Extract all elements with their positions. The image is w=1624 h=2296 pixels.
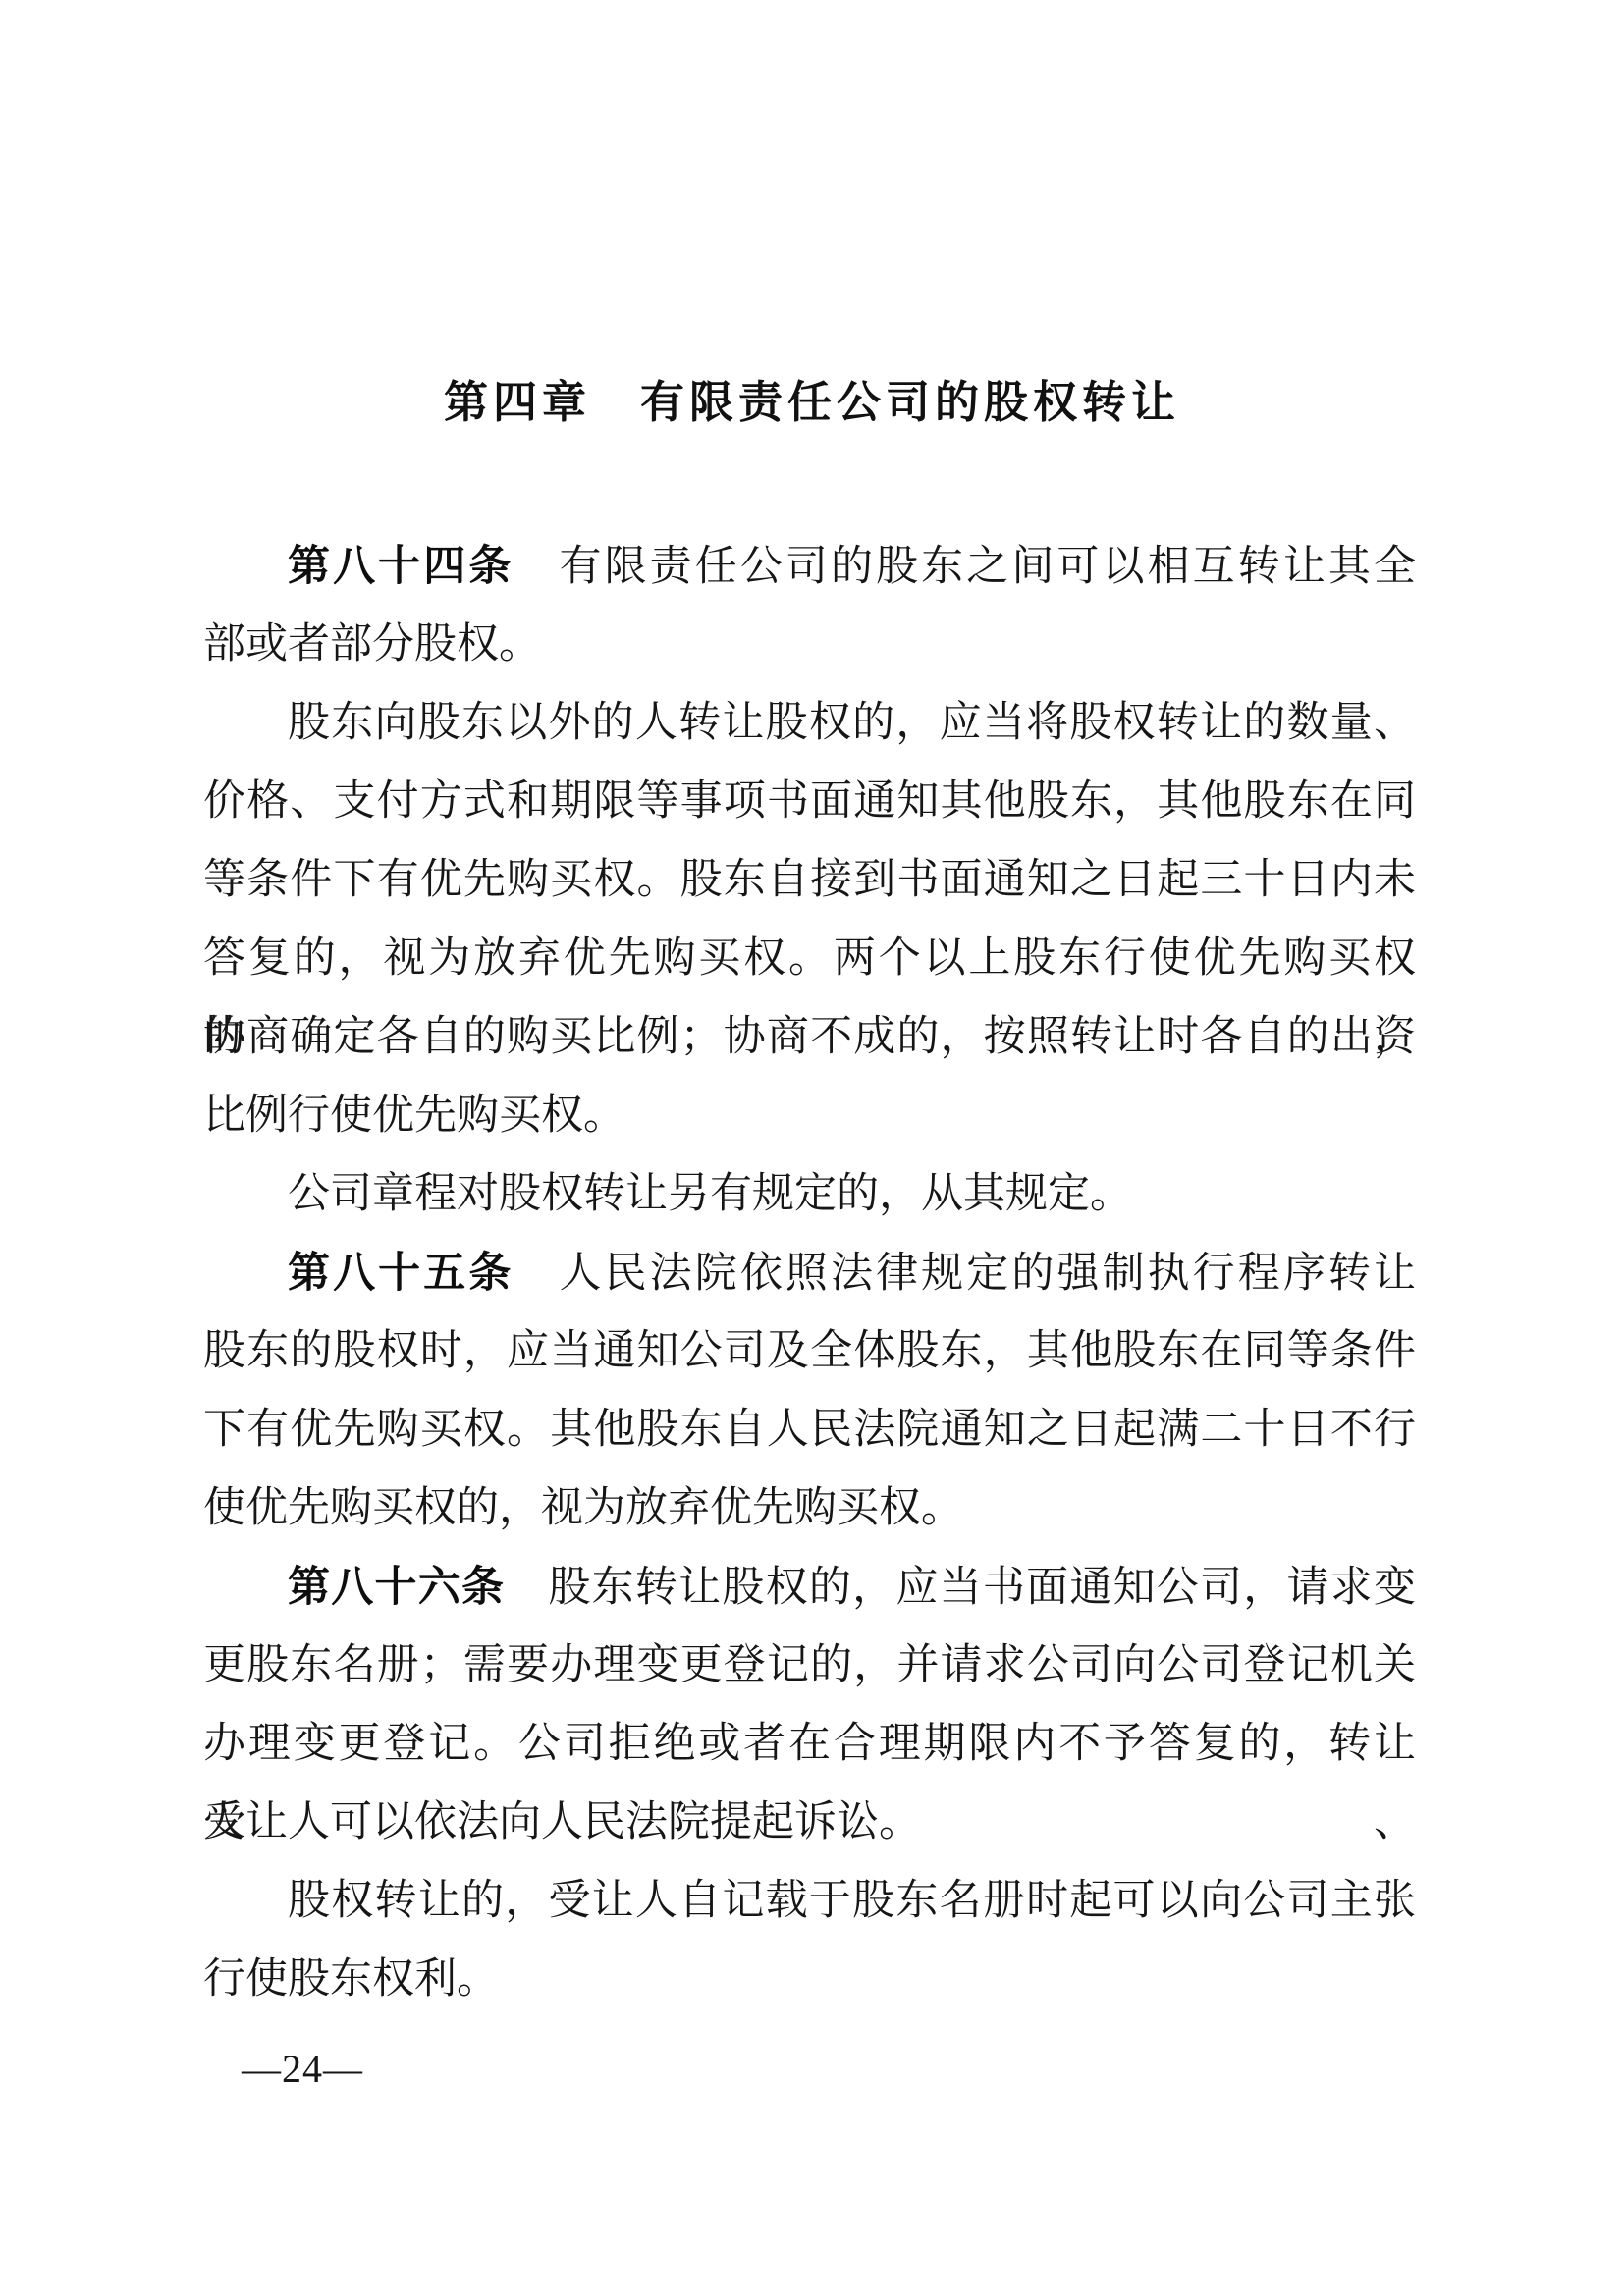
document-page: 第四章 有限责任公司的股权转让 第八十四条 有限责任公司的股东之间可以相互转让其…	[0, 0, 1624, 2296]
text-line: 协商确定各自的购买比例；协商不成的，按照转让时各自的出资	[203, 998, 1416, 1077]
line-text: 价格、支付方式和期限等事项书面通知其他股东，其他股东在同	[203, 778, 1416, 825]
line-text: 股权转让的，受让人自记载于股东名册时起可以向公司主张	[288, 1878, 1416, 1924]
line-text: 有限责任公司的股东之间可以相互转让其全	[514, 544, 1416, 590]
line-text: 股东的股权时，应当通知公司及全体股东，其他股东在同等条件	[203, 1328, 1416, 1374]
line-text: 下有优先购买权。其他股东自人民法院通知之日起满二十日不行	[203, 1407, 1416, 1453]
line-text: 受让人可以依法向人民法院提起诉讼。	[203, 1799, 921, 1845]
text-line: 第八十五条 人民法院依照法律规定的强制执行程序转让	[203, 1234, 1416, 1312]
text-line: 部或者部分股权。	[203, 606, 1416, 684]
document-body: 第八十四条 有限责任公司的股东之间可以相互转让其全 部或者部分股权。 股东向股东…	[203, 527, 1416, 2019]
line-text: 更股东名册；需要办理变更登记的，并请求公司向公司登记机关	[203, 1642, 1416, 1688]
text-line: 使优先购买权的，视为放弃优先购买权。	[203, 1469, 1416, 1548]
line-text: 公司章程对股权转让另有规定的，从其规定。	[288, 1171, 1132, 1217]
line-text: 股东转让股权的，应当书面通知公司，请求变	[505, 1565, 1416, 1611]
text-line: 比例行使优先购买权。	[203, 1077, 1416, 1155]
page-number: —24—	[242, 2047, 363, 2092]
line-text: 股东向股东以外的人转让股权的，应当将股权转让的数量、	[288, 700, 1416, 746]
text-line: 股东的股权时，应当通知公司及全体股东，其他股东在同等条件	[203, 1312, 1416, 1391]
line-text: 人民法院依照法律规定的强制执行程序转让	[514, 1251, 1416, 1297]
text-line: 第八十六条 股东转让股权的，应当书面通知公司，请求变	[203, 1548, 1416, 1627]
text-line: 股东向股东以外的人转让股权的，应当将股权转让的数量、	[203, 684, 1416, 763]
line-text: 使优先购买权的，视为放弃优先购买权。	[203, 1485, 963, 1531]
text-line: 等条件下有优先购买权。股东自接到书面通知之日起三十日内未	[203, 841, 1416, 920]
line-text: 行使股东权利。	[203, 1956, 499, 2002]
text-line: 答复的，视为放弃优先购买权。两个以上股东行使优先购买权的，	[203, 920, 1416, 998]
line-text: 比例行使优先购买权。	[203, 1093, 625, 1139]
text-line: 办理变更登记。公司拒绝或者在合理期限内不予答复的，转让人、	[203, 1705, 1416, 1784]
article-number: 第八十四条	[288, 543, 514, 590]
text-line: 下有优先购买权。其他股东自人民法院通知之日起满二十日不行	[203, 1391, 1416, 1469]
article-number: 第八十六条	[288, 1564, 505, 1611]
article-number: 第八十五条	[288, 1250, 514, 1297]
line-text: 部或者部分股权。	[203, 621, 541, 667]
text-line: 股权转让的，受让人自记载于股东名册时起可以向公司主张	[203, 1862, 1416, 1941]
line-text: 等条件下有优先购买权。股东自接到书面通知之日起三十日内未	[203, 857, 1416, 903]
text-line: 行使股东权利。	[203, 1941, 1416, 2019]
text-line: 第八十四条 有限责任公司的股东之间可以相互转让其全	[203, 527, 1416, 606]
text-line: 价格、支付方式和期限等事项书面通知其他股东，其他股东在同	[203, 763, 1416, 841]
line-text: 协商确定各自的购买比例；协商不成的，按照转让时各自的出资	[203, 1014, 1416, 1060]
text-line: 公司章程对股权转让另有规定的，从其规定。	[203, 1155, 1416, 1234]
text-line: 更股东名册；需要办理变更登记的，并请求公司向公司登记机关	[203, 1627, 1416, 1705]
chapter-title: 第四章 有限责任公司的股权转让	[0, 375, 1624, 430]
